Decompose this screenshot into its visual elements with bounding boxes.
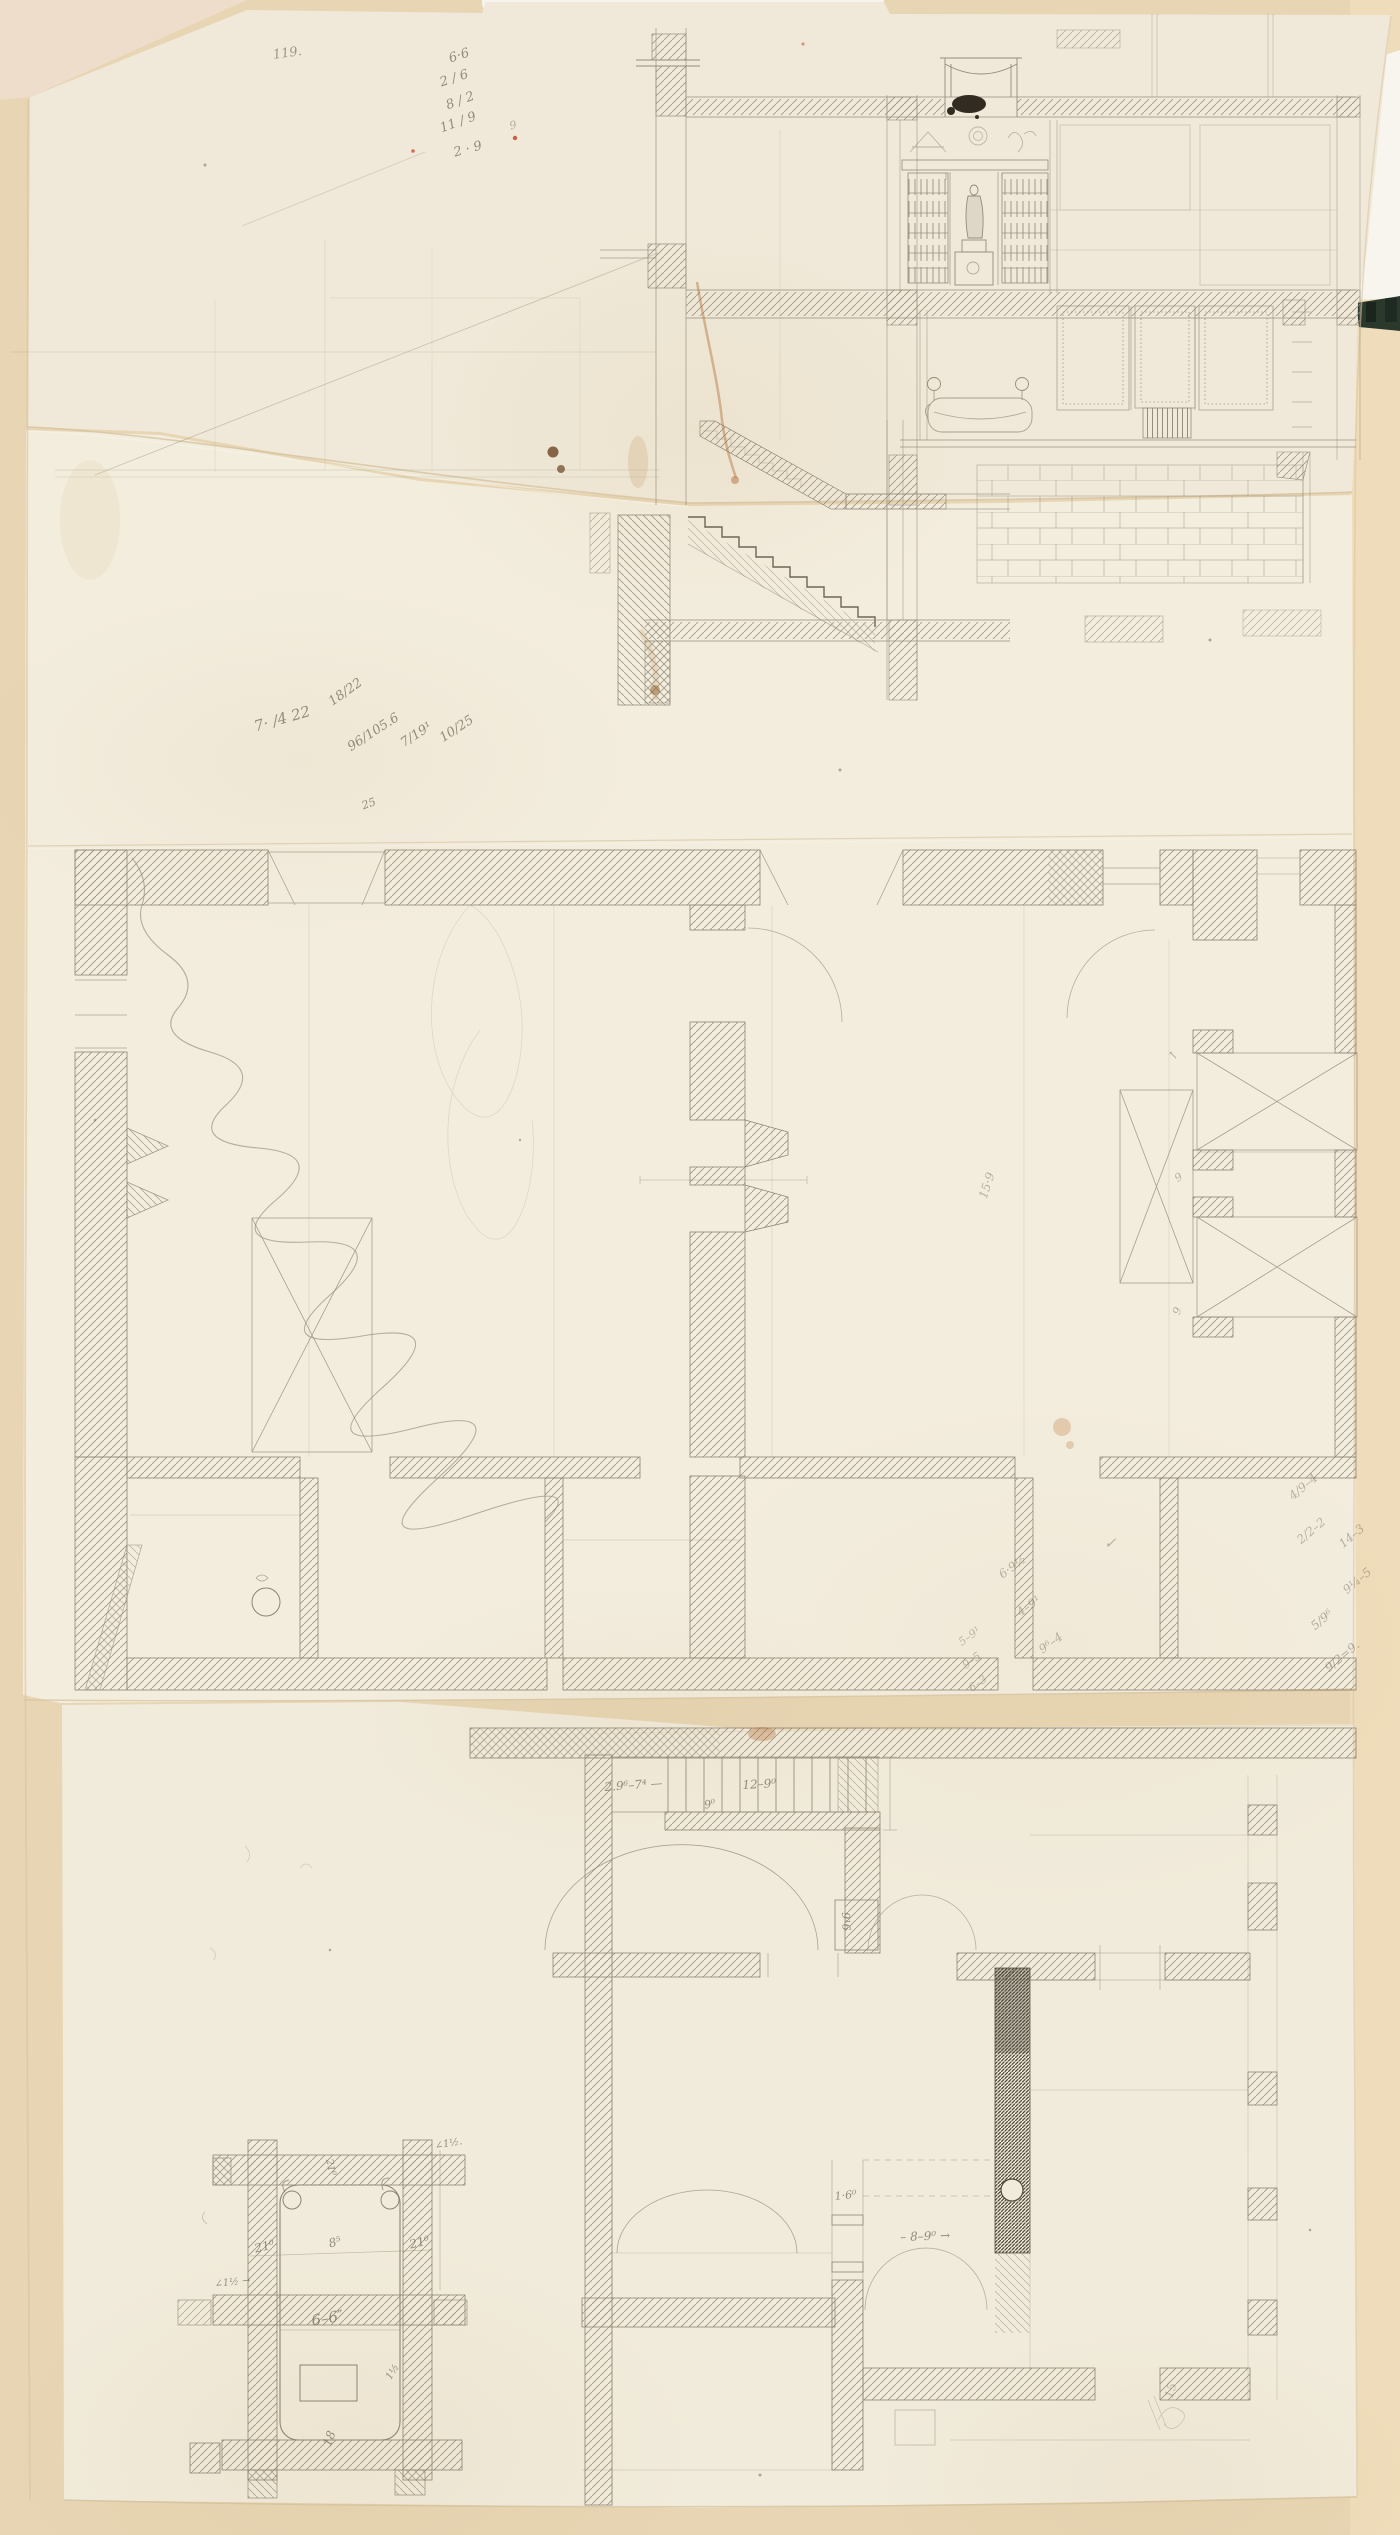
ink-blot [947, 95, 986, 119]
crossed-boxes [252, 1053, 1357, 1452]
fireplace-flues [127, 1128, 168, 1218]
detail-walls [190, 2140, 465, 2480]
daybed-sketch [925, 378, 1032, 433]
faint-marks [210, 1846, 312, 1960]
section-second-slab [686, 290, 1356, 318]
section-right-wall [1283, 95, 1360, 460]
bottom-floor-plan [210, 1728, 1356, 2505]
construction-lines [10, 130, 780, 477]
faint-loops [431, 905, 533, 1239]
wavy-freehand-line [132, 858, 558, 1529]
section-top-slab [686, 14, 1356, 117]
detail-plan [178, 2140, 467, 2498]
plan-walls-hatched [75, 850, 1356, 1690]
brick-wall [977, 452, 1310, 583]
upper-rooms [1050, 125, 1337, 285]
panelled-room [900, 306, 1356, 447]
scribble-mark [1148, 2396, 1185, 2430]
chimney-breasts [745, 1120, 788, 1232]
statue-niche [900, 120, 1057, 293]
middle-floor-plan [75, 850, 1357, 1690]
small-box [895, 2410, 935, 2445]
scanned-drawing-page: 119. 6·6 2 ∕ 6 8 ∕ 2 11 ∕ 9 2 · 9 9 7· ∕… [0, 0, 1400, 2535]
statue [955, 185, 993, 285]
door-arcs [748, 928, 1155, 1022]
section-elevation [10, 14, 1360, 705]
section-left-wall [600, 28, 700, 505]
hearth-rect [300, 2365, 357, 2401]
drawing-svg [0, 0, 1400, 2535]
bottom-plan-walls [470, 1728, 1356, 2505]
flue-wall-dark [995, 1968, 1030, 2333]
